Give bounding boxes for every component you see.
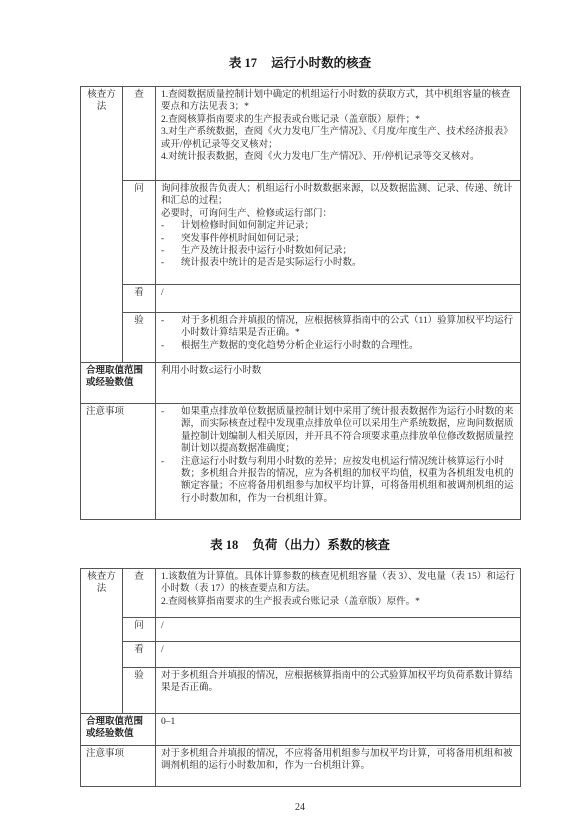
- table-row: 核查方法 查 1.该数值为计算值。具体计算参数的核查见机组容量（表 3）、发电量…: [81, 569, 521, 618]
- bullet-dash: -: [161, 220, 181, 232]
- bullet-text: 对于多机组合并填报的情况，应根据核算指南中的公式（11）验算加权平均运行小时数计…: [181, 315, 515, 340]
- bullet-text: 根据生产数据的变化趋势分析企业运行小时数的合理性。: [181, 340, 515, 352]
- t17-ask-cell: 询问排放报告负责人；机组运行小时数数据来源，以及数据监测、记录、传递、统计和汇总…: [156, 181, 521, 285]
- check-item: 1.该数值为计算值。具体计算参数的核查见机组容量（表 3）、发电量（表 15）和…: [161, 571, 515, 596]
- table-row: 问 /: [81, 618, 521, 642]
- table17-title-number: 表 17: [229, 56, 257, 70]
- table-row: 核查方法 查 1.查阅数据质量控制计划中确定的机组运行小时数的获取方式，其中机组…: [81, 87, 521, 181]
- t18-range-cell: 0–1: [156, 714, 521, 746]
- table17-title-text: 运行小时数的核查: [271, 56, 371, 70]
- table-row: 注意事项 - 如果重点排放单位数据质量控制计划中采用了统计报表数据作为运行小时数…: [81, 404, 521, 520]
- table-row: 合理取值范围或经验数值 0–1: [81, 714, 521, 746]
- ask-bullet: - 生产及统计报表中运行小时数如何记录；: [161, 245, 515, 257]
- t18-verify-label: 验: [123, 668, 156, 714]
- check-item: 4.对统计报表数据，查阅《火力发电厂生产情况》、开/停机记录等交叉核对。: [161, 151, 515, 163]
- verify-bullet: - 根据生产数据的变化趋势分析企业运行小时数的合理性。: [161, 340, 515, 352]
- bullet-dash: -: [161, 245, 181, 257]
- table18-title-number: 表 18: [210, 538, 238, 552]
- t18-method-header: 核查方法: [81, 569, 123, 714]
- document-page: 表 17运行小时数的核查 核查方法 查 1.查阅数据质量控制计划中确定的机组运行…: [0, 0, 520, 813]
- t18-check-cell: 1.该数值为计算值。具体计算参数的核查见机组容量（表 3）、发电量（表 15）和…: [156, 569, 521, 618]
- table-row: 验 对于多机组合并填报的情况，应根据核算指南中的公式验算加权平均负荷系数计算结果…: [81, 668, 521, 714]
- table-row: 注意事项 对于多机组合并填报的情况，不应将备用机组参与加权平均计算，可将备用机组…: [81, 746, 521, 787]
- t18-notes-cell: 对于多机组合并填报的情况，不应将备用机组参与加权平均计算，可将备用机组和被调剂机…: [156, 746, 521, 787]
- t17-ask-label: 问: [123, 181, 156, 285]
- table17-title: 表 17运行小时数的核查: [80, 56, 520, 71]
- check-item: 2.查阅核算指南要求的生产报表或台账记录（盖章版）原件。*: [161, 596, 515, 608]
- check-item: 2.查阅核算指南要求的生产报表或台账记录（盖章版）原件；*: [161, 114, 515, 126]
- table-row: 看 /: [81, 285, 521, 313]
- bullet-dash: -: [161, 315, 181, 340]
- bullet-text: 生产及统计报表中运行小时数如何记录；: [181, 245, 515, 257]
- t18-check-label: 查: [123, 569, 156, 618]
- table17-operating-hours-verification: 核查方法 查 1.查阅数据质量控制计划中确定的机组运行小时数的获取方式，其中机组…: [80, 86, 521, 520]
- ask-bullet: - 统计报表中统计的是否是实际运行小时数。: [161, 257, 515, 269]
- table-row: 看 /: [81, 642, 521, 668]
- t18-look-cell: /: [156, 642, 521, 668]
- table18-title-text: 负荷（出力）系数的核查: [252, 538, 390, 552]
- table-row: 合理取值范围或经验数值 利用小时数≤运行小时数: [81, 363, 521, 404]
- t17-look-label: 看: [123, 285, 156, 313]
- t18-range-header: 合理取值范围或经验数值: [81, 714, 156, 746]
- t17-range-header: 合理取值范围或经验数值: [81, 363, 156, 404]
- t17-check-label: 查: [123, 87, 156, 181]
- notes-bullet: - 如果重点排放单位数据质量控制计划中采用了统计报表数据作为运行小时数的来源，而…: [161, 406, 515, 456]
- bullet-dash: -: [161, 233, 181, 245]
- page-number: 24: [80, 802, 520, 813]
- ask-intro: 必要时，可询问生产、检修或运行部门：: [161, 208, 515, 220]
- check-item: 1.查阅数据质量控制计划中确定的机组运行小时数的获取方式，其中机组容量的核查要点…: [161, 89, 515, 114]
- t17-look-cell: /: [156, 285, 521, 313]
- t17-notes-cell: - 如果重点排放单位数据质量控制计划中采用了统计报表数据作为运行小时数的来源，而…: [156, 404, 521, 520]
- ask-bullet: - 突发事件停机时间如何记录；: [161, 233, 515, 245]
- bullet-text: 突发事件停机时间如何记录；: [181, 233, 515, 245]
- t17-range-cell: 利用小时数≤运行小时数: [156, 363, 521, 404]
- table-row: 验 - 对于多机组合并填报的情况，应根据核算指南中的公式（11）验算加权平均运行…: [81, 313, 521, 363]
- t17-method-header: 核查方法: [81, 87, 123, 363]
- bullet-text: 计划检修时间如何制定并记录；: [181, 220, 515, 232]
- bullet-dash: -: [161, 340, 181, 352]
- t17-notes-header: 注意事项: [81, 404, 156, 520]
- bullet-dash: -: [161, 257, 181, 269]
- ask-bullet: - 计划检修时间如何制定并记录；: [161, 220, 515, 232]
- bullet-dash: -: [161, 406, 181, 456]
- bullet-text: 统计报表中统计的是否是实际运行小时数。: [181, 257, 515, 269]
- t18-notes-header: 注意事项: [81, 746, 156, 787]
- table18-load-factor-verification: 核查方法 查 1.该数值为计算值。具体计算参数的核查见机组容量（表 3）、发电量…: [80, 568, 521, 787]
- bullet-text: 如果重点排放单位数据质量控制计划中采用了统计报表数据作为运行小时数的来源，而实际…: [181, 406, 515, 456]
- t18-look-label: 看: [123, 642, 156, 668]
- t17-verify-cell: - 对于多机组合并填报的情况，应根据核算指南中的公式（11）验算加权平均运行小时…: [156, 313, 521, 363]
- ask-intro: 询问排放报告负责人；机组运行小时数数据来源，以及数据监测、记录、传递、统计和汇总…: [161, 183, 515, 208]
- t18-ask-label: 问: [123, 618, 156, 642]
- t18-ask-cell: /: [156, 618, 521, 642]
- check-item: 3.对生产系统数据，查阅《火力发电厂生产情况》、《月度/年度生产、技术经济报表》…: [161, 126, 515, 151]
- t18-verify-cell: 对于多机组合并填报的情况，应根据核算指南中的公式验算加权平均负荷系数计算结果是否…: [156, 668, 521, 714]
- t17-check-cell: 1.查阅数据质量控制计划中确定的机组运行小时数的获取方式，其中机组容量的核查要点…: [156, 87, 521, 181]
- notes-bullet: - 注意运行小时数与利用小时数的差异；应按发电机运行情况统计核算运行小时数；多机…: [161, 456, 515, 506]
- bullet-text: 注意运行小时数与利用小时数的差异；应按发电机运行情况统计核算运行小时数；多机组合…: [181, 456, 515, 506]
- t17-verify-label: 验: [123, 313, 156, 363]
- table18-title: 表 18负荷（出力）系数的核查: [80, 538, 520, 553]
- bullet-dash: -: [161, 456, 181, 506]
- table-row: 问 询问排放报告负责人；机组运行小时数数据来源，以及数据监测、记录、传递、统计和…: [81, 181, 521, 285]
- verify-bullet: - 对于多机组合并填报的情况，应根据核算指南中的公式（11）验算加权平均运行小时…: [161, 315, 515, 340]
